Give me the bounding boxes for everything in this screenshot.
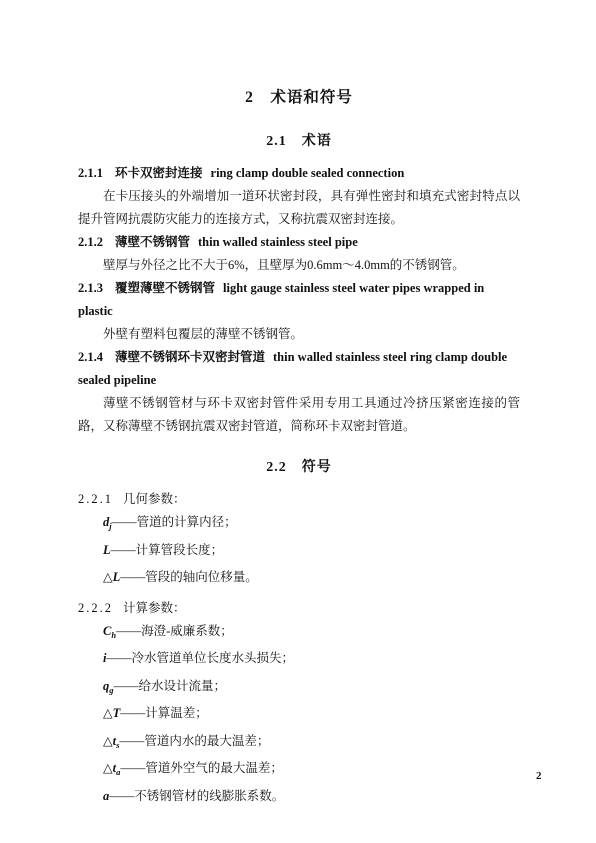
term-number: 2.1.4 bbox=[78, 350, 103, 364]
delta-prefix: △ bbox=[103, 706, 113, 720]
term-number: 2.1.1 bbox=[78, 166, 103, 180]
symbol-line: L——计算管段长度； bbox=[78, 539, 520, 567]
section-heading-terms: 2.1 术语 bbox=[78, 132, 520, 152]
term-definition: 在卡压接头的外端增加一道环状密封段，具有弹性密封和填充式密封特点以提升管网抗震防… bbox=[78, 185, 520, 231]
symbol-description: ——计算管段长度； bbox=[111, 543, 224, 557]
symbol-description: ——计算温差； bbox=[120, 706, 208, 720]
symbol-line: △T——计算温差； bbox=[78, 702, 520, 730]
document-page: 2 术语和符号 2.1 术语 2.1.1环卡双密封连接ring clamp do… bbox=[0, 0, 596, 843]
term-english: ring clamp double sealed connection bbox=[211, 166, 405, 180]
symbol-line: △ta——管道外空气的最大温差； bbox=[78, 757, 520, 785]
page-content: 2 术语和符号 2.1 术语 2.1.1环卡双密封连接ring clamp do… bbox=[78, 88, 520, 812]
term-chinese: 覆塑薄壁不锈钢管 bbox=[115, 281, 215, 295]
delta-prefix: △ bbox=[103, 734, 113, 748]
term-chinese: 环卡双密封连接 bbox=[115, 166, 203, 180]
term-chinese: 薄壁不锈钢管 bbox=[115, 235, 190, 249]
delta-prefix: △ bbox=[103, 570, 113, 584]
symbol-group-label: 计算参数： bbox=[123, 601, 186, 615]
term-heading: 2.1.2薄壁不锈钢管thin walled stainless steel p… bbox=[78, 231, 520, 254]
term-definition: 外壁有塑料包覆层的薄壁不锈钢管。 bbox=[78, 323, 520, 346]
term-number: 2.1.3 bbox=[78, 281, 103, 295]
symbol-group-heading: 2.2.2计算参数： bbox=[78, 597, 520, 620]
term-entry: 2.1.3覆塑薄壁不锈钢管light gauge stainless steel… bbox=[78, 277, 520, 346]
term-entry: 2.1.4薄壁不锈钢环卡双密封管道thin walled stainless s… bbox=[78, 346, 520, 438]
symbol-description: ——管道外空气的最大温差； bbox=[120, 761, 283, 775]
term-english: thin walled stainless steel pipe bbox=[198, 235, 358, 249]
symbol-group-number: 2.2.2 bbox=[78, 601, 113, 615]
symbol-description: ——管道内水的最大温差； bbox=[119, 734, 269, 748]
symbol-line: △ts——管道内水的最大温差； bbox=[78, 730, 520, 758]
symbol-description: ——管道的计算内径； bbox=[112, 515, 237, 529]
chapter-title: 2 术语和符号 bbox=[78, 88, 520, 108]
symbol-group-geometric: 2.2.1几何参数： dj——管道的计算内径； L——计算管段长度； △L——管… bbox=[78, 488, 520, 594]
term-definition: 薄壁不锈钢管材与环卡双密封管件采用专用工具通过冷挤压紧密连接的管路，又称薄壁不锈… bbox=[78, 392, 520, 438]
term-heading: 2.1.3覆塑薄壁不锈钢管light gauge stainless steel… bbox=[78, 277, 520, 323]
symbol-letter: L bbox=[103, 543, 111, 557]
symbol-group-label: 几何参数： bbox=[123, 492, 186, 506]
term-number: 2.1.2 bbox=[78, 235, 103, 249]
page-number: 2 bbox=[536, 770, 542, 782]
symbol-description: ——海澄-威廉系数； bbox=[116, 624, 233, 638]
term-heading: 2.1.1环卡双密封连接ring clamp double sealed con… bbox=[78, 162, 520, 185]
section-heading-symbols: 2.2 符号 bbox=[78, 458, 520, 478]
symbol-line: dj——管道的计算内径； bbox=[78, 511, 520, 539]
term-heading: 2.1.4薄壁不锈钢环卡双密封管道thin walled stainless s… bbox=[78, 346, 520, 392]
symbol-line: qg——给水设计流量； bbox=[78, 675, 520, 703]
symbol-line: △L——管段的轴向位移量。 bbox=[78, 566, 520, 594]
term-entry: 2.1.2薄壁不锈钢管thin walled stainless steel p… bbox=[78, 231, 520, 277]
symbol-line: Ch——海澄-威廉系数； bbox=[78, 620, 520, 648]
symbol-line: i——冷水管道单位长度水头损失； bbox=[78, 647, 520, 675]
symbol-line: a——不锈钢管材的线膨胀系数。 bbox=[78, 785, 520, 813]
symbol-description: ——给水设计流量； bbox=[114, 679, 227, 693]
symbol-group-calculation: 2.2.2计算参数： Ch——海澄-威廉系数； i——冷水管道单位长度水头损失；… bbox=[78, 597, 520, 813]
symbol-group-number: 2.2.1 bbox=[78, 492, 113, 506]
delta-prefix: △ bbox=[103, 761, 113, 775]
symbol-description: ——不锈钢管材的线膨胀系数。 bbox=[109, 789, 284, 803]
symbol-description: ——冷水管道单位长度水头损失； bbox=[106, 651, 294, 665]
term-definition: 壁厚与外径之比不大于6%，且壁厚为0.6mm～4.0mm的不锈钢管。 bbox=[78, 254, 520, 277]
term-entry: 2.1.1环卡双密封连接ring clamp double sealed con… bbox=[78, 162, 520, 231]
term-chinese: 薄壁不锈钢环卡双密封管道 bbox=[115, 350, 265, 364]
symbol-description: ——管段的轴向位移量。 bbox=[120, 570, 258, 584]
symbol-group-heading: 2.2.1几何参数： bbox=[78, 488, 520, 511]
